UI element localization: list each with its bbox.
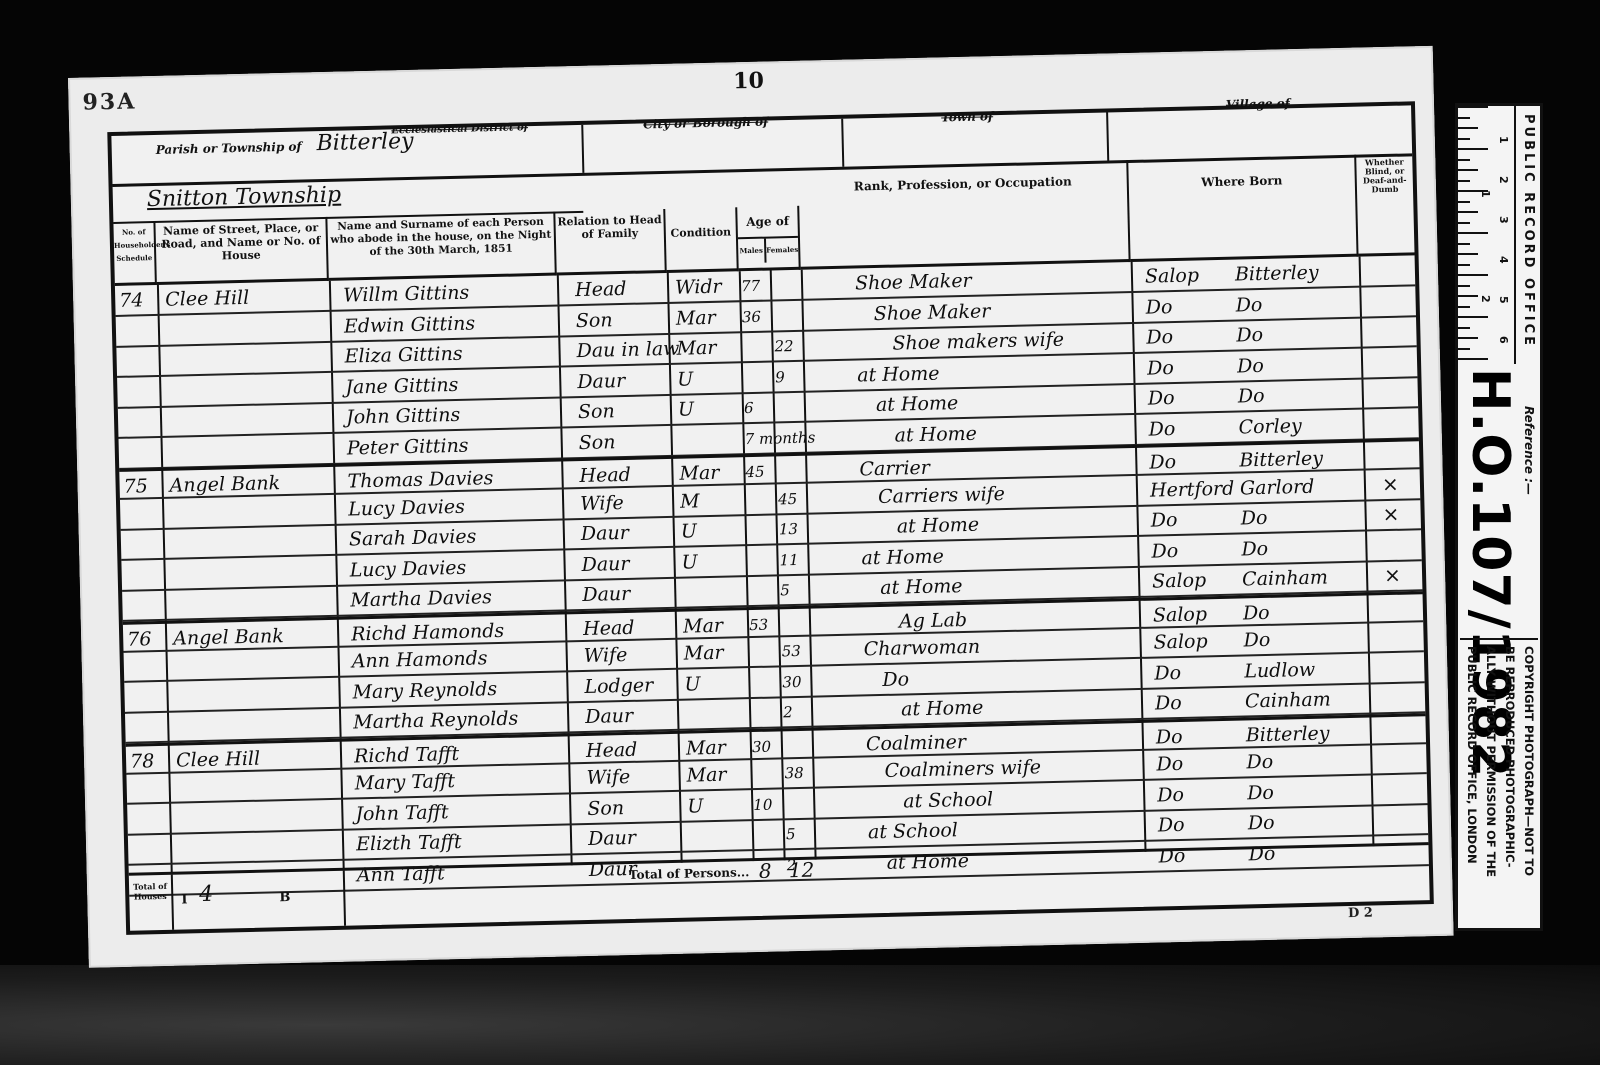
relation: Daur: [581, 548, 630, 580]
street-name: [177, 803, 178, 834]
male-age: [746, 515, 747, 546]
census-page: 93A 10 Parish or Township of Bitterley E…: [68, 46, 1454, 968]
person-name: John Tafft: [355, 797, 449, 830]
birth-county: Do: [1158, 810, 1185, 842]
female-age: [773, 270, 774, 301]
census-table: Parish or Township of Bitterley Ecclesia…: [107, 101, 1434, 935]
birth-county: Salop: [1152, 565, 1207, 597]
ruler-tick: [1458, 327, 1470, 329]
male-age: 7 months: [744, 422, 815, 455]
condition: [688, 822, 689, 853]
city-cell: City or Borough of: [581, 119, 844, 173]
condition: Mar: [675, 302, 716, 334]
condition: U: [681, 547, 698, 578]
female-age: 53: [781, 636, 801, 667]
male-age: [749, 637, 750, 668]
city-label: City or Borough of: [643, 115, 768, 132]
male-age: [750, 668, 751, 699]
female-age: 13: [778, 514, 798, 545]
reference-label: Reference :—: [1522, 406, 1536, 495]
relation: Daur: [588, 823, 637, 855]
ruler-tick: [1458, 232, 1488, 234]
female-age: 2: [783, 697, 793, 728]
birth-county: Salop: [1145, 260, 1200, 292]
total-houses-label: Total of Houses: [131, 881, 169, 902]
copyright-line: ALLY WITHOUT PERMISSION OF THE: [1481, 646, 1500, 924]
male-age: [751, 698, 752, 729]
schedule-number: [123, 438, 124, 469]
occupation: Shoe Maker: [873, 296, 990, 330]
ruler-tick: [1458, 316, 1488, 318]
person-name: Peter Gittins: [346, 430, 468, 464]
person-name: Martha Reynolds: [353, 704, 519, 739]
ruler-number: 6: [1497, 336, 1510, 344]
occupation: at Home: [901, 693, 984, 726]
female-age: 11: [779, 544, 799, 575]
relation: Dau in law: [576, 334, 680, 367]
relation: Wife: [580, 488, 624, 520]
total-persons-males: 8: [759, 859, 772, 883]
birth-county: Do: [1151, 535, 1178, 567]
relation: Son: [578, 427, 615, 459]
female-age: 38: [784, 758, 804, 789]
schedule-number: [132, 835, 133, 866]
birth-county: Do: [1155, 688, 1182, 720]
birth-county: Do: [1156, 749, 1183, 781]
ruler-number: 4: [1497, 256, 1510, 264]
condition: Mar: [686, 760, 727, 792]
person-name: Elizth Tafft: [356, 827, 462, 860]
town-cell: Town of: [841, 113, 1109, 167]
male-age: 6: [744, 393, 754, 424]
schedule-number: [121, 377, 122, 408]
schedule-number: [122, 408, 123, 439]
ruler-tick: [1458, 222, 1470, 224]
schedule-number: [128, 682, 129, 713]
occupation: Charwoman: [863, 632, 980, 666]
total-persons-females: 12: [789, 858, 815, 883]
col-header-schedule: No. of Householder's Schedule: [113, 221, 156, 286]
ruler-tick: [1458, 306, 1470, 308]
corner-folio-mark: 93A: [82, 88, 136, 115]
relation: Wife: [586, 762, 630, 794]
person-name: Lucy Davies: [348, 491, 465, 525]
col-header-age: Age of Males Females: [737, 206, 800, 271]
male-age: 10: [753, 789, 773, 820]
birth-county: Do: [1147, 353, 1174, 385]
schedule-number: [125, 560, 126, 591]
age-of-label: Age of: [737, 206, 798, 239]
person-name: Eliza Gittins: [344, 339, 463, 373]
building-label: B: [279, 890, 290, 905]
female-age: [777, 456, 778, 487]
birth-county: Do: [1146, 322, 1173, 354]
street-name: [171, 559, 172, 590]
male-age: 77: [741, 271, 761, 302]
schedule-number: [130, 774, 131, 805]
inhabited-label: I: [181, 892, 187, 907]
ruler-tick: [1458, 348, 1470, 350]
relation: Daur: [577, 365, 626, 397]
relation: Daur: [585, 701, 634, 733]
birth-county: Salop: [1153, 626, 1208, 658]
record-office-stamp: PUBLIC RECORD OFFICE 12345612 Reference …: [1455, 103, 1543, 931]
schedule-number: 74: [119, 285, 144, 317]
copyright-line: BE REPRODUCED PHOTOGRAPHIC-: [1500, 646, 1519, 924]
ruler-tick: [1458, 148, 1488, 150]
condition: [685, 700, 686, 731]
person-name: Sarah Davies: [349, 522, 477, 556]
birth-parish: Do: [1243, 625, 1270, 657]
condition: Widr: [675, 272, 722, 304]
ruler-inch-number: 2: [1479, 295, 1492, 303]
schedule-number: [126, 591, 127, 622]
ruler-tick: [1458, 243, 1470, 245]
females-label: Females: [766, 238, 799, 263]
occupation: Do: [882, 664, 909, 696]
ruler-number: 5: [1497, 296, 1510, 304]
ruler-tick: [1458, 285, 1470, 287]
relation: Son: [576, 305, 613, 337]
street-name: [171, 529, 172, 560]
person-name: Jane Gittins: [345, 369, 459, 403]
ruler-tick: [1458, 169, 1478, 171]
village-cell: Village of: [1106, 105, 1412, 160]
divider: [343, 871, 346, 926]
street-name: [167, 376, 168, 407]
town-label: Town of: [941, 109, 993, 124]
birth-parish: Ludlow: [1244, 654, 1316, 687]
condition: Mar: [683, 638, 724, 670]
col-header-deaf-dumb: Whether Blind, or Deaf-and-Dumb: [1356, 153, 1414, 256]
ruler-tick: [1458, 117, 1470, 119]
birth-parish: Garlord: [1240, 471, 1315, 504]
condition: U: [687, 791, 704, 822]
street-name: [172, 590, 173, 621]
birth-parish: Do: [1235, 289, 1262, 321]
schedule-number: [120, 316, 121, 347]
condition: [678, 425, 679, 456]
col-header-street: Name of Street, Place, or Road, and Name…: [155, 217, 328, 285]
relation: Son: [587, 793, 624, 825]
page-number: 10: [733, 68, 764, 95]
x-mark: ×: [1382, 471, 1399, 495]
condition: U: [677, 364, 694, 395]
birth-parish: Bitterley: [1235, 258, 1319, 291]
ruler-tick: [1458, 211, 1478, 213]
parish-label: Parish or Township of: [156, 140, 302, 157]
ruler-tick: [1458, 201, 1470, 203]
schedule-number: [125, 530, 126, 561]
occupation: at Home: [876, 388, 959, 421]
ruler-tick: [1458, 358, 1488, 360]
dark-background: [0, 965, 1600, 1065]
female-age: 45: [778, 483, 798, 514]
female-age: [776, 392, 777, 423]
female-age: [784, 731, 785, 762]
male-age: [743, 363, 744, 394]
birth-county: Hertford: [1150, 473, 1235, 506]
birth-county: Do: [1145, 292, 1172, 324]
condition: [682, 578, 683, 609]
relation: Wife: [583, 640, 627, 672]
birth-parish: Corley: [1238, 411, 1302, 443]
male-age: [752, 759, 753, 790]
person-name: Ann Hamonds: [351, 643, 487, 677]
birth-county: Do: [1148, 383, 1175, 415]
relation: Daur: [581, 518, 630, 550]
birth-parish: Do: [1241, 533, 1268, 565]
occupation: at Home: [861, 541, 944, 574]
female-age: [785, 789, 786, 820]
copyright-notice: COPYRIGHT PHOTOGRAPH—NOT TOBE REPRODUCED…: [1460, 638, 1538, 924]
person-name: John Gittins: [346, 400, 461, 434]
female-age: 5: [786, 819, 796, 850]
relation: Lodger: [584, 670, 653, 703]
street-name: [175, 712, 176, 743]
birth-parish: Cainham: [1242, 562, 1328, 595]
birth-county: Do: [1154, 657, 1181, 689]
condition: U: [681, 516, 698, 547]
person-name: Lucy Davies: [349, 552, 466, 586]
relation: Head: [575, 274, 627, 306]
ruler-tick: [1458, 180, 1470, 182]
divider: [171, 875, 174, 930]
street-name: [174, 681, 175, 712]
ruler-tick: [1458, 127, 1478, 129]
person-name: Edwin Gittins: [344, 308, 476, 342]
street-name: [176, 773, 177, 804]
birth-parish: Do: [1246, 747, 1273, 779]
birth-parish: Do: [1236, 320, 1263, 352]
street-name: [170, 498, 171, 529]
total-persons-label: Total of Persons...: [629, 865, 750, 882]
person-name: Martha Davies: [350, 582, 492, 616]
ruler-tick: [1458, 253, 1478, 255]
schedule-number: [120, 347, 121, 378]
street-name: [166, 315, 167, 346]
copyright-line: COPYRIGHT PHOTOGRAPH—NOT TO: [1519, 646, 1538, 924]
person-name: Mary Tafft: [354, 766, 455, 799]
occupation: at Home: [857, 358, 940, 391]
condition: M: [680, 486, 700, 517]
birth-parish: Do: [1237, 381, 1264, 413]
occupation: at Home: [894, 418, 977, 451]
male-age: [747, 546, 748, 577]
ruler-tick: [1458, 295, 1478, 297]
ruler-tick: [1458, 138, 1470, 140]
male-age: [754, 820, 755, 851]
schedule-number: [128, 652, 129, 683]
col-header-where-born: Where Born: [1128, 155, 1358, 262]
street-name: [174, 651, 175, 682]
male-age: 36: [741, 301, 761, 332]
condition: U: [684, 669, 701, 700]
occupation: Coalminers wife: [884, 752, 1041, 787]
birth-parish: Do: [1237, 350, 1264, 382]
col-header-relation: Relation to Head of Family: [555, 209, 666, 276]
relation: Son: [578, 396, 615, 428]
birth-parish: Do: [1247, 777, 1274, 809]
male-age: [742, 332, 743, 363]
condition: Mar: [676, 333, 717, 365]
female-age: 9: [775, 362, 785, 393]
occupation: at School: [868, 815, 959, 848]
condition: U: [678, 394, 695, 425]
col-header-condition: Condition: [665, 207, 738, 273]
street-name: [168, 407, 169, 438]
ruler-tick: [1458, 337, 1478, 339]
occupation: at Home: [896, 510, 979, 543]
stamp-title: PUBLIC RECORD OFFICE: [1521, 114, 1536, 348]
street-name: [178, 834, 179, 865]
relation: Daur: [582, 579, 631, 611]
birth-parish: Cainham: [1245, 684, 1331, 717]
ecclesiastical-label: Ecclesiastical District of: [391, 122, 528, 136]
occupation: at Home: [880, 571, 963, 604]
sheet-signature-mark: D 2: [1348, 905, 1373, 921]
occupation: Shoe Maker: [855, 266, 972, 300]
female-age: 30: [782, 666, 802, 697]
occupation: Carriers wife: [878, 479, 1006, 513]
males-label: Males: [738, 239, 767, 264]
x-mark: ×: [1384, 563, 1401, 587]
copyright-line: PUBLIC RECORD OFFICE, LONDON: [1462, 646, 1481, 924]
birth-county: Do: [1150, 505, 1177, 537]
street-name: [168, 437, 169, 468]
birth-parish: Do: [1248, 808, 1275, 840]
subdistrict-value: Snitton Township: [147, 183, 342, 213]
col-header-occupation: Rank, Profession, or Occupation: [798, 160, 1130, 270]
col-header-name: Name and Surname of each Person who abod…: [327, 212, 556, 281]
birth-parish: Do: [1240, 503, 1267, 535]
schedule-number: [124, 499, 125, 530]
person-name: Mary Reynolds: [352, 674, 497, 708]
ruler-tick: [1458, 159, 1470, 161]
female-age: 5: [780, 575, 790, 606]
inhabited-value: 4: [199, 882, 214, 907]
male-age: [748, 576, 749, 607]
occupation: Shoe makers wife: [892, 325, 1064, 360]
x-mark: ×: [1382, 502, 1399, 526]
female-age: [781, 609, 782, 640]
street-name: Clee Hill: [165, 283, 250, 316]
measuring-ruler: 12345612: [1458, 106, 1516, 364]
birth-county: Do: [1148, 414, 1175, 446]
stamp-content: PUBLIC RECORD OFFICE 12345612 Reference …: [1458, 106, 1540, 928]
ruler-tick: [1458, 264, 1470, 266]
street-name: [166, 346, 167, 377]
ruler-tick: [1458, 274, 1488, 276]
village-label: Village of: [1226, 96, 1290, 112]
birth-county: Do: [1157, 779, 1184, 811]
person-name: Willm Gittins: [343, 278, 470, 312]
ruler-number: 3: [1497, 216, 1510, 224]
male-age: [746, 485, 747, 516]
occupation: at School: [903, 784, 994, 817]
ruler-number: 2: [1497, 176, 1510, 184]
ruler-number: 1: [1497, 136, 1510, 144]
schedule-number: [129, 713, 130, 744]
ruler-inch-number: 1: [1479, 190, 1492, 198]
schedule-number: [131, 804, 132, 835]
female-age: 22: [774, 331, 794, 362]
female-age: [773, 301, 774, 332]
ruler-tick: [1458, 106, 1488, 108]
